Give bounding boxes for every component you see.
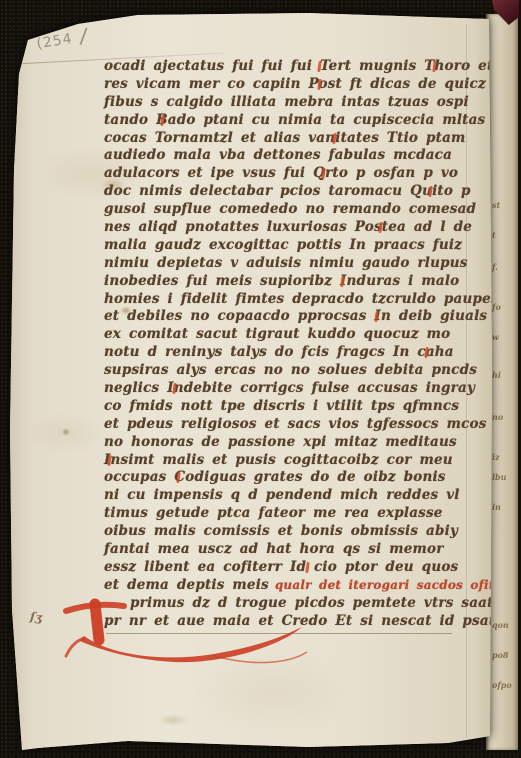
fore-edge-fragment: hi: [492, 370, 501, 380]
text-line: cocas Tornamtzl et alias vanitates Ttio …: [104, 130, 486, 148]
text-line: adulacors et ipe vsus fui Qrto p osfan p…: [104, 165, 486, 183]
line-text: ex comitat sacut tigraut kuddo quocuz mo: [104, 326, 450, 342]
text-line: gusoi supflue comededo no remando comesa…: [104, 201, 486, 219]
text-block: ocadi ajectatus fui fui fui Tert mugnis …: [104, 58, 486, 631]
folio-number: (254/: [34, 23, 81, 54]
text-line: res vicam mer co capiin Post ft dicas de…: [104, 76, 486, 94]
line-text: notu d reninys talys do fcis fragcs In c…: [104, 344, 454, 360]
text-line: notu d reninys talys do fcis fragcs In c…: [104, 344, 486, 362]
fore-edge-fragment: lbu: [492, 472, 506, 482]
text-line: ex comitat sacut tigraut kuddo quocuz mo: [104, 326, 486, 344]
line-text: occupas Codiguas grates do de oibz bonis: [104, 469, 446, 485]
fore-edge-fragment: st: [492, 200, 500, 210]
text-line: homies i fidelit fimtes depracdo tzcruld…: [104, 291, 486, 309]
text-line: doc nimis delectabar pcios taromacu Quit…: [104, 183, 486, 201]
text-line: inobedies fui meis supioribz Induras i m…: [104, 273, 486, 291]
line-text: fibus s calgido illiata mebra intas tzua…: [104, 94, 469, 110]
text-line: occupas Codiguas grates do de oibz bonis: [104, 469, 486, 487]
text-line: tando Bado ptani cu nimia ta cupiscecia …: [104, 112, 486, 130]
text-line: co fmids nott tpe discris i vtilit tps q…: [104, 398, 486, 416]
manuscript-photo: sttf.fowhinoizlbuinqonpo8ofpo (254/ ocad…: [0, 0, 521, 758]
fore-edge-fragment: in: [492, 502, 501, 512]
line-text: homies i fidelit fimtes depracdo tzcruld…: [104, 291, 499, 307]
folio-digits: 254: [42, 31, 74, 51]
text-line: nimiu depietas v aduisis nimiu gaudo rlu…: [104, 255, 486, 273]
line-text: timus getude ptca fateor me rea explasse: [104, 505, 443, 521]
line-text: supsiras alys ercas no no solues debita …: [104, 362, 477, 378]
text-line: audiedo mala vba dettones fabulas mcdaca: [104, 147, 486, 165]
line-text: gusoi supflue comededo no remando comesa…: [104, 201, 476, 217]
line-text: oibus malis comissis et bonis obmissis a…: [104, 523, 458, 539]
rubric-initial-icon: [64, 594, 314, 664]
manuscript-page: (254/ ocadi ajectatus fui fui fui Tert m…: [8, 10, 492, 752]
text-line: timus getude ptca fateor me rea explasse: [104, 505, 486, 523]
fore-edge-fragment: po8: [492, 650, 509, 660]
margin-mark: ſʒ: [29, 609, 42, 624]
fore-edge-fragment: fo: [492, 302, 501, 312]
stain: [62, 428, 70, 436]
rubric-text: qualr det iterogari sacdos ofitet: [275, 578, 508, 592]
line-text: et debiles no copaacdo pprocsas In deib …: [104, 308, 487, 324]
fore-edge-fragment: iz: [492, 452, 500, 462]
line-text: essz libent ea cofiterr Id cio ptor deu …: [104, 559, 458, 575]
fore-edge-fragment: t: [492, 230, 496, 240]
page-wrap: (254/ ocadi ajectatus fui fui fui Tert m…: [8, 10, 492, 752]
line-text: no honoras de passione xpi mitaz meditau…: [104, 434, 457, 450]
text-line: et dema deptis meisqualr det iterogari s…: [104, 577, 486, 595]
text-line: ni cu impensis q d pendend mich reddes v…: [104, 487, 486, 505]
line-text: Insimt malis et pusis cogittacoibz cor m…: [104, 452, 453, 468]
text-line: fibus s calgido illiata mebra intas tzua…: [104, 94, 486, 112]
text-line: et debiles no copaacdo pprocsas In deib …: [104, 308, 486, 326]
line-text: fantai mea uscz ad hat hora qs si memor: [104, 541, 444, 557]
text-line: nes aliqd pnotattes luxuriosas Postea ad…: [104, 219, 486, 237]
line-text: ni cu impensis q d pendend mich reddes v…: [104, 487, 460, 503]
fore-edge-fragment: f.: [492, 262, 498, 272]
fore-edge-fragment: qon: [492, 620, 509, 630]
line-text: et dema deptis meis: [104, 577, 269, 593]
text-line: fantai mea uscz ad hat hora qs si memor: [104, 541, 486, 559]
fore-edge-fragment: w: [492, 332, 499, 342]
stain: [158, 714, 188, 726]
line-text: adulacors et ipe vsus fui Qrto p osfan p…: [104, 165, 458, 181]
line-text: doc nimis delectabar pcios taromacu Quit…: [104, 183, 471, 199]
line-text: nes aliqd pnotattes luxuriosas Postea ad…: [104, 219, 472, 235]
line-text: neglics Indebite corrigcs fulse accusas …: [104, 380, 475, 396]
text-line: ocadi ajectatus fui fui fui Tert mugnis …: [104, 58, 486, 76]
initial-letter-label: P: [8, 10, 9, 11]
line-text: nimiu depietas v aduisis nimiu gaudo rlu…: [104, 255, 468, 271]
text-line: malia gaudz excogittac pottis In praacs …: [104, 237, 486, 255]
text-line: oibus malis comissis et bonis obmissis a…: [104, 523, 486, 541]
fore-edge-fragment: no: [492, 412, 503, 422]
line-text: cocas Tornamtzl et alias vanitates Ttio …: [104, 130, 466, 146]
text-line: Insimt malis et pusis cogittacoibz cor m…: [104, 452, 486, 470]
fore-edge-fragment: ofpo: [492, 680, 512, 690]
line-text: audiedo mala vba dettones fabulas mcdaca: [104, 147, 452, 163]
text-line: no honoras de passione xpi mitaz meditau…: [104, 434, 486, 452]
text-line: et pdeus religiosos et sacs vios tgfesso…: [104, 416, 486, 434]
line-text: res vicam mer co capiin Post ft dicas de…: [104, 76, 510, 92]
line-text: inobedies fui meis supioribz Induras i m…: [104, 273, 459, 289]
text-line: neglics Indebite corrigcs fulse accusas …: [104, 380, 486, 398]
line-text: et pdeus religiosos et sacs vios tgfesso…: [104, 416, 487, 432]
line-text: malia gaudz excogittac pottis In praacs …: [104, 237, 462, 253]
folio-slash: /: [80, 24, 89, 48]
text-line: essz libent ea cofiterr Id cio ptor deu …: [104, 559, 486, 577]
line-text: co fmids nott tpe discris i vtilit tps q…: [104, 398, 459, 414]
text-line: supsiras alys ercas no no solues debita …: [104, 362, 486, 380]
